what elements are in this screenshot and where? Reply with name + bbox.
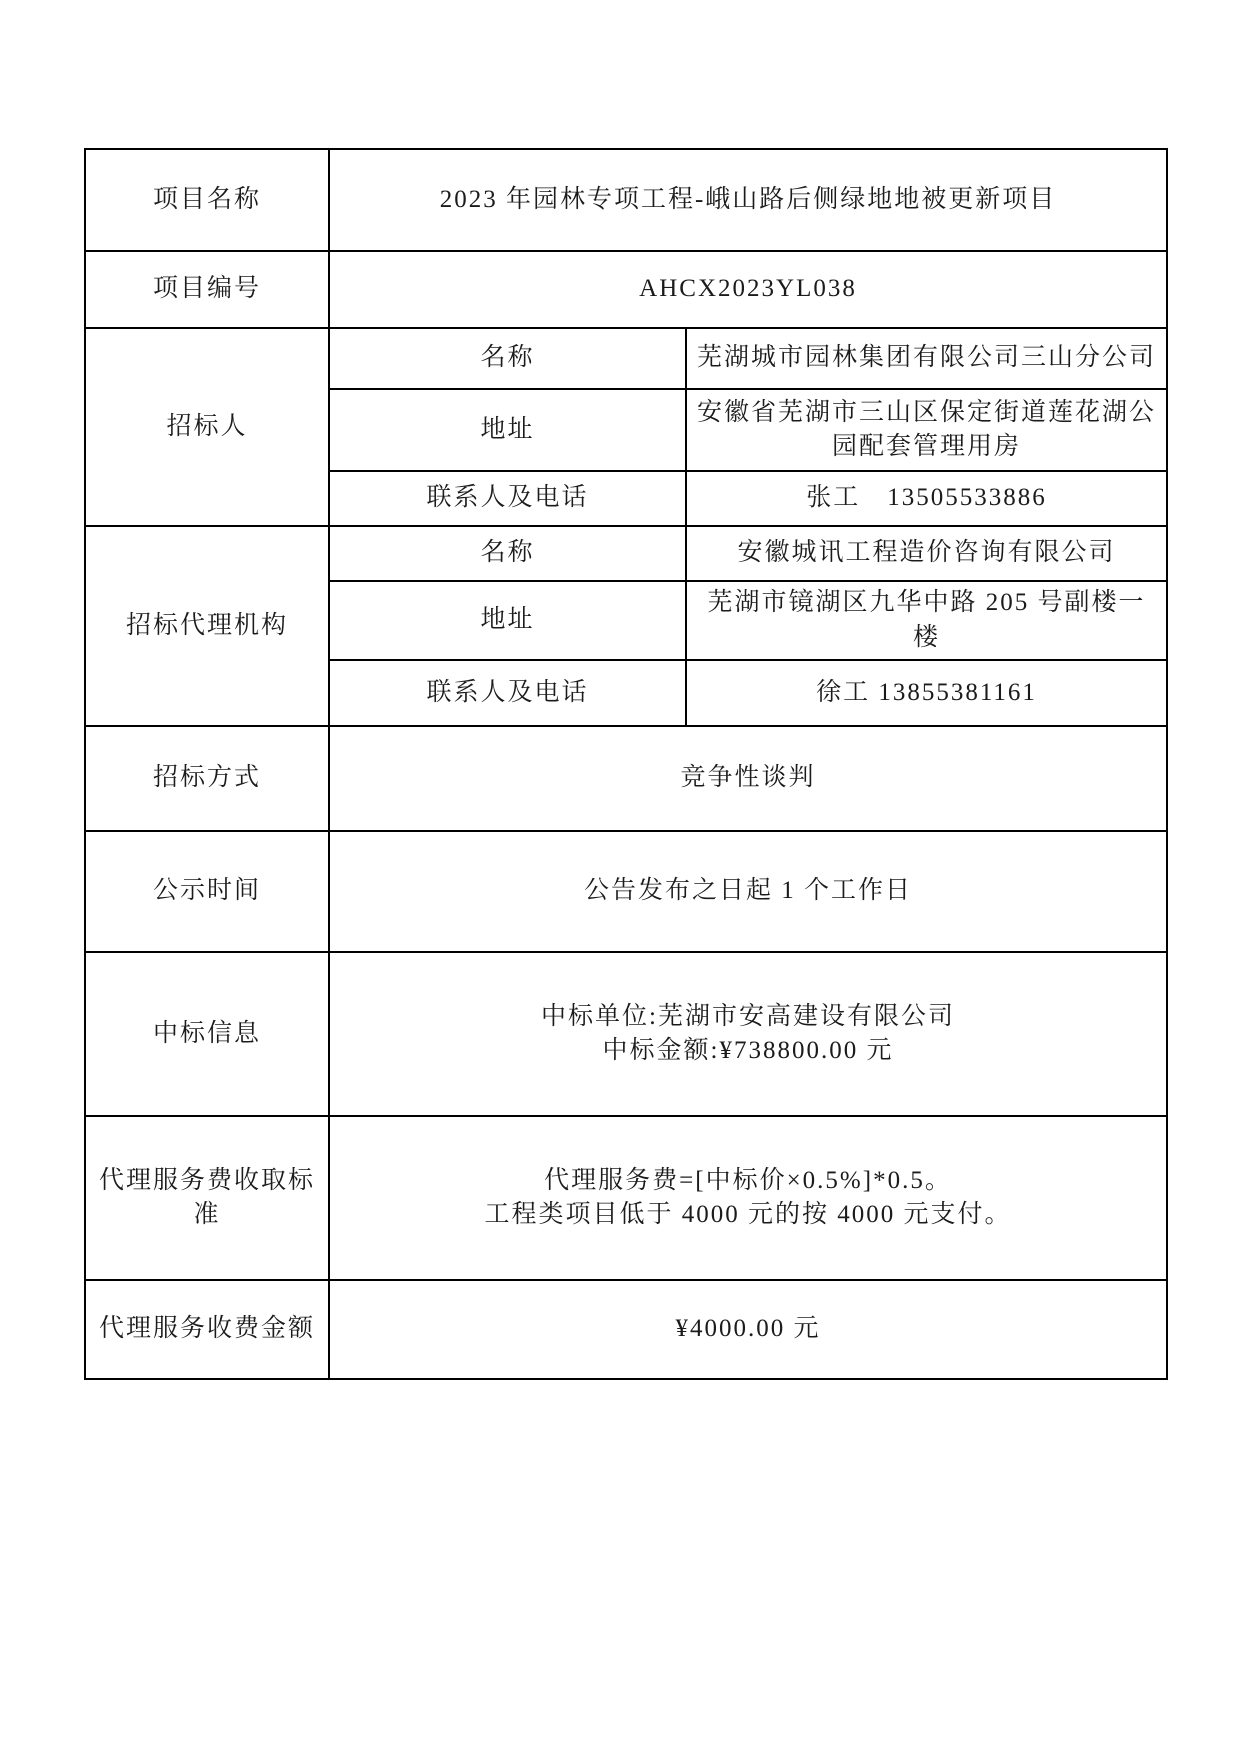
award-amount-line: 中标金额:¥738800.00 元 [340, 1034, 1156, 1069]
key-agency-contact: 联系人及电话 [329, 660, 686, 726]
key-tenderee-address: 地址 [329, 389, 686, 471]
key-tenderee-contact: 联系人及电话 [329, 471, 686, 526]
value-tenderee-contact: 张工 13505533886 [686, 471, 1167, 526]
value-agency-name: 安徽城讯工程造价咨询有限公司 [686, 526, 1167, 581]
label-method: 招标方式 [85, 726, 329, 831]
value-publicity: 公告发布之日起 1 个工作日 [329, 831, 1167, 952]
value-method: 竞争性谈判 [329, 726, 1167, 831]
label-award: 中标信息 [85, 952, 329, 1116]
table-row-project-no: 项目编号 AHCX2023YL038 [85, 251, 1167, 328]
fee-formula-line: 代理服务费=[中标价×0.5%]*0.5。 [340, 1164, 1156, 1199]
label-fee-standard: 代理服务费收取标准 [85, 1116, 329, 1280]
key-agency-address: 地址 [329, 581, 686, 660]
value-tenderee-name: 芜湖城市园林集团有限公司三山分公司 [686, 328, 1167, 389]
label-agency: 招标代理机构 [85, 526, 329, 726]
key-tenderee-name: 名称 [329, 328, 686, 389]
value-tenderee-address: 安徽省芜湖市三山区保定街道莲花湖公园配套管理用房 [686, 389, 1167, 471]
table-row-fee-standard: 代理服务费收取标准 代理服务费=[中标价×0.5%]*0.5。 工程类项目低于 … [85, 1116, 1167, 1280]
award-winner-line: 中标单位:芜湖市安高建设有限公司 [340, 1000, 1156, 1035]
value-agency-address: 芜湖市镜湖区九华中路 205 号副楼一楼 [686, 581, 1167, 660]
value-agency-contact: 徐工 13855381161 [686, 660, 1167, 726]
tender-info-table: 项目名称 2023 年园林专项工程-峨山路后侧绿地地被更新项目 项目编号 AHC… [84, 148, 1168, 1380]
value-project-no: AHCX2023YL038 [329, 251, 1167, 328]
table-row-award: 中标信息 中标单位:芜湖市安高建设有限公司 中标金额:¥738800.00 元 [85, 952, 1167, 1116]
value-project-name: 2023 年园林专项工程-峨山路后侧绿地地被更新项目 [329, 149, 1167, 251]
table-row-tenderee-name: 招标人 名称 芜湖城市园林集团有限公司三山分公司 [85, 328, 1167, 389]
value-fee-amount: ¥4000.00 元 [329, 1280, 1167, 1379]
value-fee-standard: 代理服务费=[中标价×0.5%]*0.5。 工程类项目低于 4000 元的按 4… [329, 1116, 1167, 1280]
table-row-publicity: 公示时间 公告发布之日起 1 个工作日 [85, 831, 1167, 952]
label-project-name: 项目名称 [85, 149, 329, 251]
table-row-project-name: 项目名称 2023 年园林专项工程-峨山路后侧绿地地被更新项目 [85, 149, 1167, 251]
key-agency-name: 名称 [329, 526, 686, 581]
label-fee-amount: 代理服务收费金额 [85, 1280, 329, 1379]
label-project-no: 项目编号 [85, 251, 329, 328]
table-row-fee-amount: 代理服务收费金额 ¥4000.00 元 [85, 1280, 1167, 1379]
label-tenderee: 招标人 [85, 328, 329, 526]
table-row-method: 招标方式 竞争性谈判 [85, 726, 1167, 831]
fee-minimum-line: 工程类项目低于 4000 元的按 4000 元支付。 [340, 1198, 1156, 1233]
value-award: 中标单位:芜湖市安高建设有限公司 中标金额:¥738800.00 元 [329, 952, 1167, 1116]
label-publicity: 公示时间 [85, 831, 329, 952]
table-row-agency-name: 招标代理机构 名称 安徽城讯工程造价咨询有限公司 [85, 526, 1167, 581]
document-page: 项目名称 2023 年园林专项工程-峨山路后侧绿地地被更新项目 项目编号 AHC… [0, 0, 1239, 1754]
